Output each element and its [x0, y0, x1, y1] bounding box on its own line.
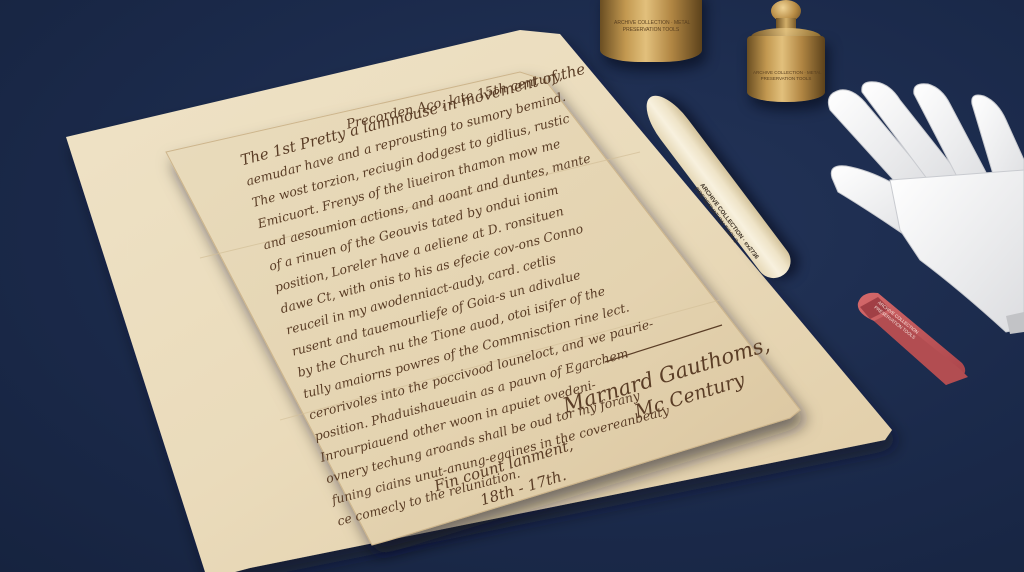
- brass-weight-small-label: ARCHIVE COLLECTION · METAL PRESERVATION …: [753, 70, 819, 82]
- red-ribbon-tie: [850, 285, 980, 400]
- manuscript-body: The 1st Pretty a lammouse in movement of…: [238, 58, 684, 533]
- photo-scene: Precorden Aco, late 15th century, The 1s…: [0, 0, 1024, 572]
- brass-weight-small: ARCHIVE COLLECTION · METAL PRESERVATION …: [745, 0, 827, 106]
- brass-weight-large-label: ARCHIVE COLLECTION · METAL PRESERVATION …: [614, 20, 688, 34]
- brass-weight-large: ARCHIVE COLLECTION · METAL PRESERVATION …: [600, 0, 702, 62]
- brass-weight-body: ARCHIVE COLLECTION · METAL PRESERVATION …: [747, 36, 825, 102]
